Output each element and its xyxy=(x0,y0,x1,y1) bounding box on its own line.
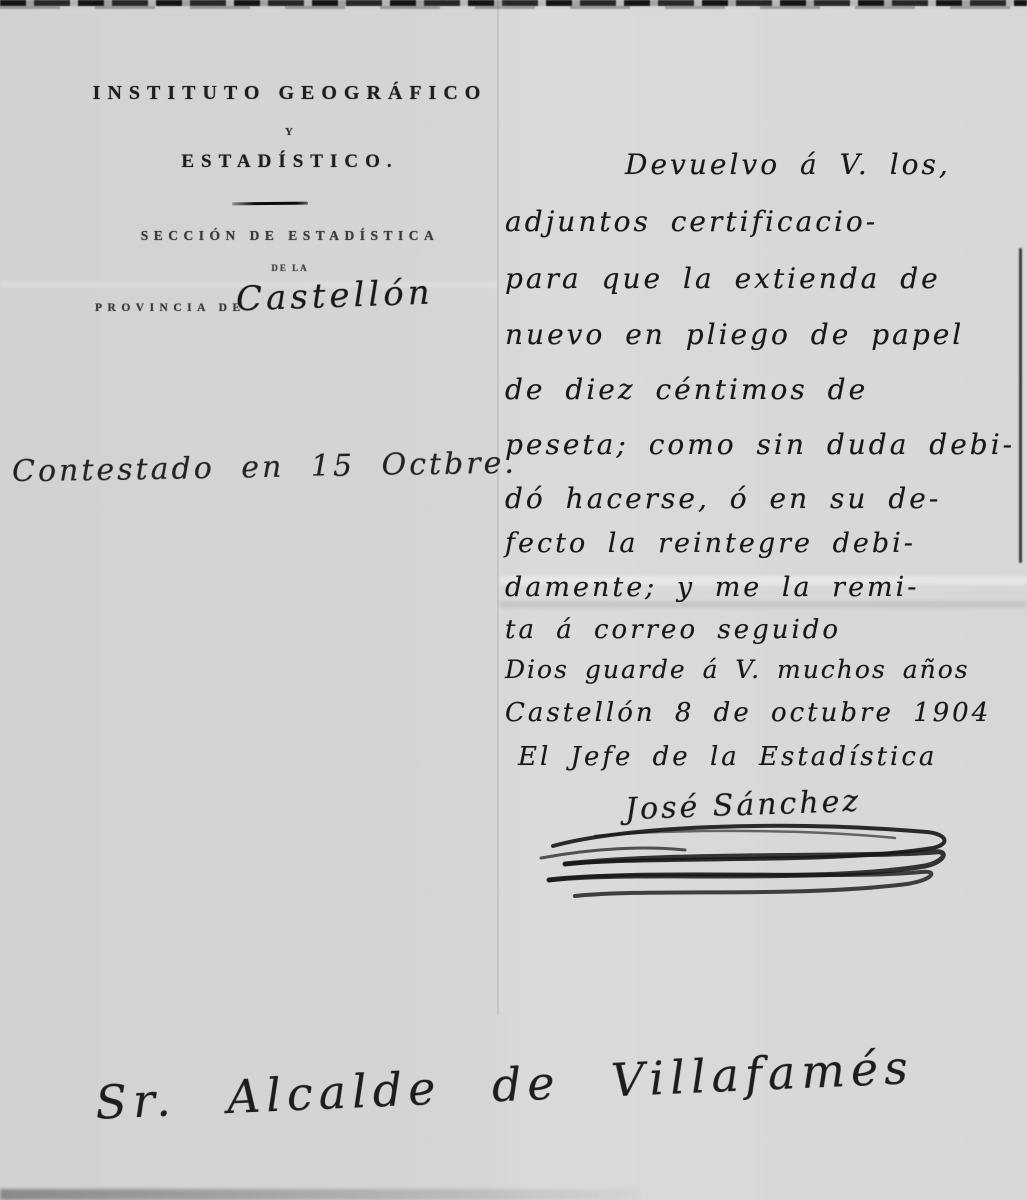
handwritten-body-line: adjuntos certificacio- xyxy=(505,205,878,238)
letterhead-institute-line1: INSTITUTO GEOGRÁFICO xyxy=(0,82,580,105)
handwritten-body-line: de diez céntimos de xyxy=(505,373,868,406)
handwritten-provincia-value: Castellón xyxy=(235,273,434,320)
handwritten-dateline: Castellón 8 de octubre 1904 xyxy=(505,698,991,728)
signature-rubric-flourish-icon xyxy=(535,818,955,903)
scan-edge-right-line xyxy=(1019,248,1022,563)
handwritten-body-line: nuevo en pliego de papel xyxy=(505,318,964,351)
letterhead-institute-line2: Y xyxy=(0,126,580,138)
letterhead-provincia-label: PROVINCIA DE xyxy=(95,302,246,314)
handwritten-body-line: para que la extienda de xyxy=(505,262,941,295)
letterhead-section: SECCIÓN DE ESTADÍSTICA xyxy=(0,228,580,244)
handwritten-body-line: damente; y me la remi- xyxy=(505,572,919,603)
scanned-letter-page: INSTITUTO GEOGRÁFICO Y ESTADÍSTICO. SECC… xyxy=(0,0,1027,1200)
handwritten-body-line: ta á correo seguido xyxy=(505,615,841,645)
handwritten-body-line: peseta; como sin duda debi- xyxy=(505,428,1015,461)
handwritten-margin-note: Contestado en 15 Octbre. xyxy=(12,446,517,490)
handwritten-closing-line: Dios guarde á V. muchos años xyxy=(505,655,970,684)
handwritten-body-line: dó hacerse, ó en su de- xyxy=(505,482,941,515)
letterhead-divider-rule xyxy=(232,202,308,206)
scan-edge-top-shadow xyxy=(0,6,1027,9)
letterhead-de-la: DE LA xyxy=(0,263,580,273)
handwritten-office-title: El Jefe de la Estadística xyxy=(518,742,937,772)
handwritten-body-line: fecto la reintegre debi- xyxy=(505,528,916,559)
addressee-line: Sr. Alcalde de Villafamés xyxy=(94,1040,915,1130)
scan-smudge-bottom xyxy=(0,1189,640,1200)
letterhead-institute-line3: ESTADÍSTICO. xyxy=(0,151,580,173)
handwritten-body-line: Devuelvo á V. los, xyxy=(625,148,951,181)
